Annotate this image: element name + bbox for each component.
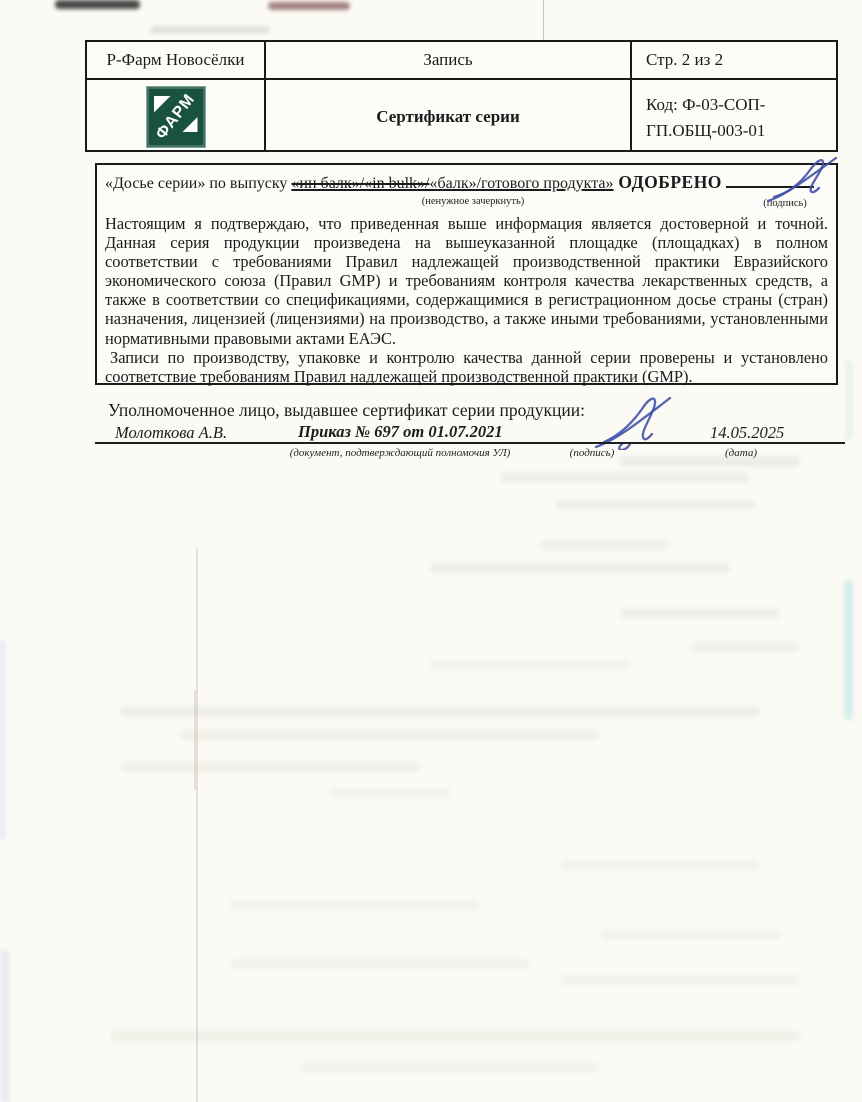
page-number-label: Стр. 2 из 2 <box>632 42 840 78</box>
bleedthrough-smudge <box>500 472 750 483</box>
scan-artifact-orange-line <box>194 690 196 790</box>
approved-stamp-text: ОДОБРЕНО <box>614 172 722 192</box>
certification-statement: Настоящим я подтверждаю, что приведенная… <box>105 214 828 348</box>
scan-artifact-blue-edge <box>0 640 5 840</box>
bleedthrough-smudge <box>560 860 760 870</box>
scan-artifact-top-dark <box>55 0 140 9</box>
scan-artifact-vline-top <box>543 0 544 40</box>
document-title: Сертификат серии <box>266 80 630 154</box>
bleedthrough-smudge <box>120 762 420 772</box>
bleedthrough-smudge <box>560 975 800 985</box>
bleedthrough-smudge <box>430 562 730 573</box>
bleedthrough-smudge <box>110 1030 800 1042</box>
bleedthrough-smudge <box>230 900 480 910</box>
scan-artifact-fold-line <box>196 548 198 1102</box>
bleedthrough-smudge <box>540 540 670 550</box>
approval-prefix: «Досье серии» по выпуску <box>105 175 291 192</box>
pharm-logo-icon: ФАРМ <box>146 86 206 148</box>
approval-kept-options: «балк»/готового продукта» <box>429 175 613 192</box>
approval-statement-box: «Досье серии» по выпуску «ин балк»/«in b… <box>95 163 838 385</box>
document-code: Код: Ф-03-СОП-ГП.ОБЩ-003-01 <box>632 80 840 154</box>
signature-rule <box>95 442 845 444</box>
bleedthrough-smudge <box>120 706 760 717</box>
scan-artifact-top-gray <box>150 26 270 34</box>
records-statement: Записи по производству, упаковке и контр… <box>105 348 828 386</box>
authority-document-caption: (документ, подтверждающий полномочия УЛ) <box>288 447 512 459</box>
approval-signature-ink <box>764 153 842 205</box>
issue-date: 14.05.2025 <box>710 423 784 443</box>
bleedthrough-smudge <box>430 660 630 670</box>
scanned-document-page: Р-Фарм Новосёлки Запись Стр. 2 из 2 ФАРМ… <box>0 0 862 1102</box>
bleedthrough-smudge <box>180 730 600 740</box>
scan-artifact-cyan-streak <box>846 360 853 440</box>
date-caption: (дата) <box>716 447 766 459</box>
bleedthrough-smudge <box>620 608 780 618</box>
signature-caption: (подпись) <box>560 447 624 459</box>
bleedthrough-smudge <box>600 930 780 940</box>
authorized-person-title: Уполномоченное лицо, выдавшее сертификат… <box>108 400 585 421</box>
company-name: Р-Фарм Новосёлки <box>87 42 264 78</box>
approval-struck-options: «ин балк»/«in bulk»/ <box>291 175 429 192</box>
bleedthrough-smudge <box>690 642 800 652</box>
document-type-label: Запись <box>266 42 630 78</box>
strike-instruction-note: (ненужное зачеркнуть) <box>333 196 613 207</box>
scan-artifact-blue-corner <box>0 950 10 1102</box>
logo-cell: ФАРМ <box>87 80 264 154</box>
bleedthrough-smudge <box>620 456 800 467</box>
bleedthrough-smudge <box>330 788 450 798</box>
scan-artifact-cyan-streak <box>844 580 853 720</box>
header-table: Р-Фарм Новосёлки Запись Стр. 2 из 2 ФАРМ… <box>85 40 838 152</box>
authority-order-reference: Приказ № 697 от 01.07.2021 <box>298 422 503 442</box>
scan-artifact-top-maroon <box>268 2 350 10</box>
authorized-person-name: Молоткова А.В. <box>115 423 227 443</box>
approval-line: «Досье серии» по выпуску «ин балк»/«in b… <box>105 170 828 194</box>
bleedthrough-smudge <box>300 1062 600 1072</box>
bleedthrough-smudge <box>230 958 530 968</box>
bleedthrough-smudge <box>555 500 755 510</box>
